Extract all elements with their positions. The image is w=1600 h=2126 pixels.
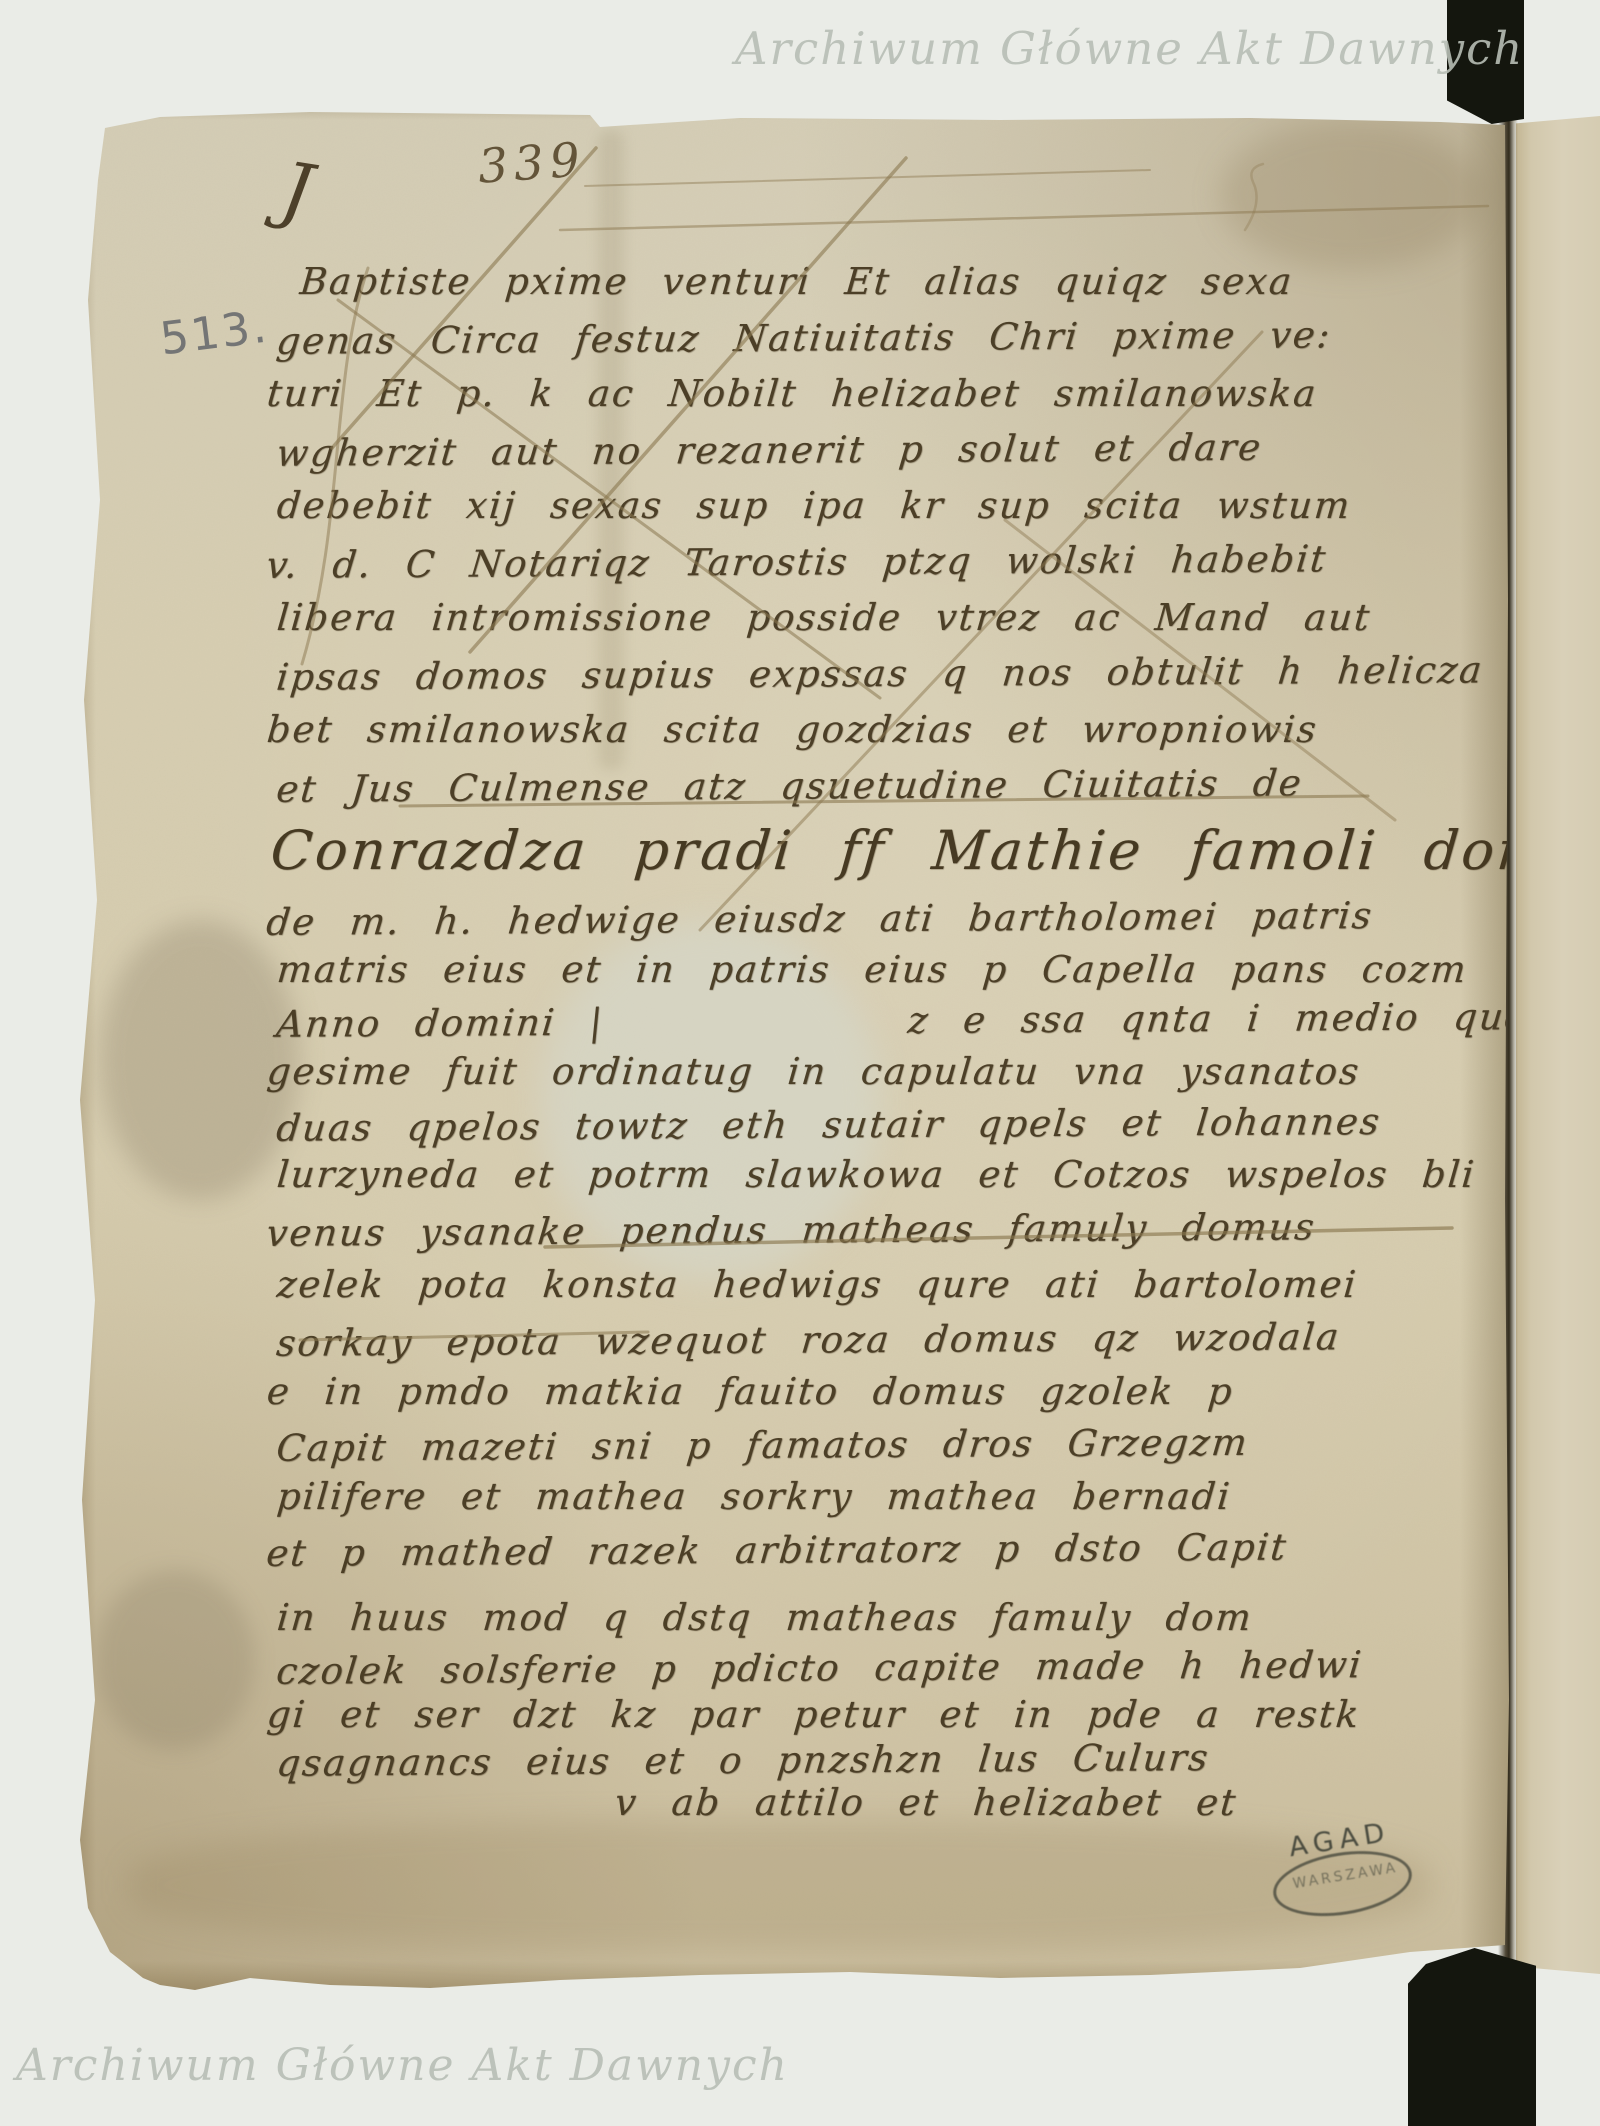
facing-page-edge [1516,116,1600,1974]
manuscript-line: zelek pota konsta hedwigs qure ati barto… [265,1258,1520,1312]
manuscript-line: pilifere et mathea sorkry mathea bernadi [265,1470,1520,1524]
archive-watermark-bottom: Archiwum Główne Akt Dawnych [16,2040,789,2091]
manuscript-line: Anno domini | z e ssa qnta i medio qudra… [265,990,1520,1052]
manuscript-line: bet smilanowska scita gozdzias et wropni… [265,703,1520,757]
archive-watermark-top: Archiwum Główne Akt Dawnych [735,22,1524,75]
manuscript-line: lurzyneda et potrm slawkowa et Cotzos ws… [265,1148,1520,1202]
manuscript-line: genas Circa festuz Natiuitatis Chri pxim… [265,307,1520,369]
manuscript-closing-line: v ab attilo et helizabet et [265,1776,1520,1830]
manuscript-line: in huus mod q dstq matheas famuly dom [265,1591,1520,1645]
manuscript-line: turi Et p. k ac Nobilt helizabet smilano… [265,367,1520,421]
manuscript-line: Baptiste pxime venturi Et alias quiqz se… [265,255,1520,309]
manuscript-line: gesime fuit ordinatug in capulatu vna ys… [265,1045,1520,1099]
pencil-archival-number: 513. [157,300,271,366]
manuscript-line: ipsas domos supius expssas q nos obtulit… [265,643,1520,705]
manuscript-line: duas qpelos towtz eth sutair qpels et lo… [265,1094,1520,1156]
manuscript-line: de m. h. hedwige eiusdz ati bartholomei … [265,888,1520,950]
agad-stamp: AGAD WARSZAWA [1262,1813,1430,1947]
manuscript-line: e in pmdo matkia fauito domus gzolek p [265,1365,1520,1419]
manuscript-line: debebit xij sexas sup ipa kr sup scita w… [265,479,1520,533]
manuscript-text-block: Baptiste pxime venturi Et alias quiqz se… [265,100,1520,1995]
manuscript-line: Capit mazeti sni p famatos dros Grzegzm [265,1414,1520,1476]
manuscript-page: 339 513. J Baptiste pxime venturi Et ali… [70,100,1515,1995]
manuscript-line: matris eius et in patris eius p Capella … [265,943,1520,997]
manuscript-line: v. d. C Notariqz Tarostis ptzq wolski ha… [265,531,1520,593]
manuscript-line: wgherzit aut no rezanerit p solut et dar… [265,419,1520,481]
black-band-bottom [1408,1948,1536,2126]
manuscript-line: sorkay epota wzequot roza domus qz wzoda… [265,1309,1520,1371]
manuscript-line: libera intromissione posside vtrez ac Ma… [265,591,1520,645]
manuscript-line-struck: venus ysanake pendus matheas famuly domu… [265,1199,1520,1261]
scan-background: 339 513. J Baptiste pxime venturi Et ali… [0,0,1600,2126]
manuscript-heading-line: Conrazdza pradi ff Mathie famoli dom gyo [265,814,1520,888]
manuscript-line: et Jus Culmense atz qsuetudine Ciuitatis… [265,755,1520,817]
ink-showthrough-stain [95,1570,255,1750]
manuscript-line: et p mathed razek arbitratorz p dsto Cap… [265,1519,1520,1581]
